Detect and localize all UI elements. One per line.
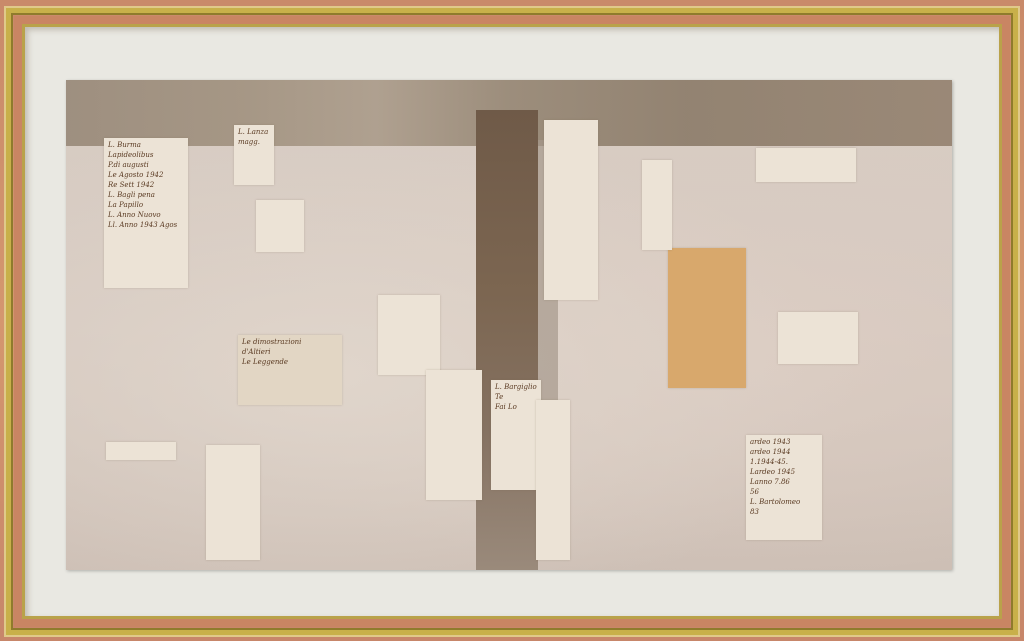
scrap-top-left-small: L. Lanza magg. [234,125,274,185]
central-dark-column [476,110,538,570]
tan-handwritten-scrap [668,248,746,388]
picture-frame: L. Burma Lapideolibus P.di augusti Le Ag… [0,0,1024,641]
scrap-bottom-left-small [106,442,176,460]
scrap-right-mid [778,312,858,364]
scrap-vertical-center [426,370,482,500]
handwritten-list-left: L. Burma Lapideolibus P.di augusti Le Ag… [104,138,188,288]
collage-canvas: L. Burma Lapideolibus P.di augusti Le Ag… [66,80,952,570]
scrap-small-note [256,200,304,252]
scrap-center-left [378,295,440,375]
scrap-top-right [756,148,856,182]
scrap-bottom-left [206,445,260,560]
scrap-narrow-right [642,160,672,250]
scrap-tall-center-right [544,120,598,300]
scrap-mid-left: Le dimostrazioni d'Altieri Le Leggende [238,335,342,405]
scrap-center-column: L. Bargiglio Te Fai Lo [491,380,541,490]
handwritten-notes-bottom-right: ardeo 1943 ardeo 1944 1.1944-45. Lardeo … [746,435,822,540]
scrap-vertical-strip [536,400,570,560]
